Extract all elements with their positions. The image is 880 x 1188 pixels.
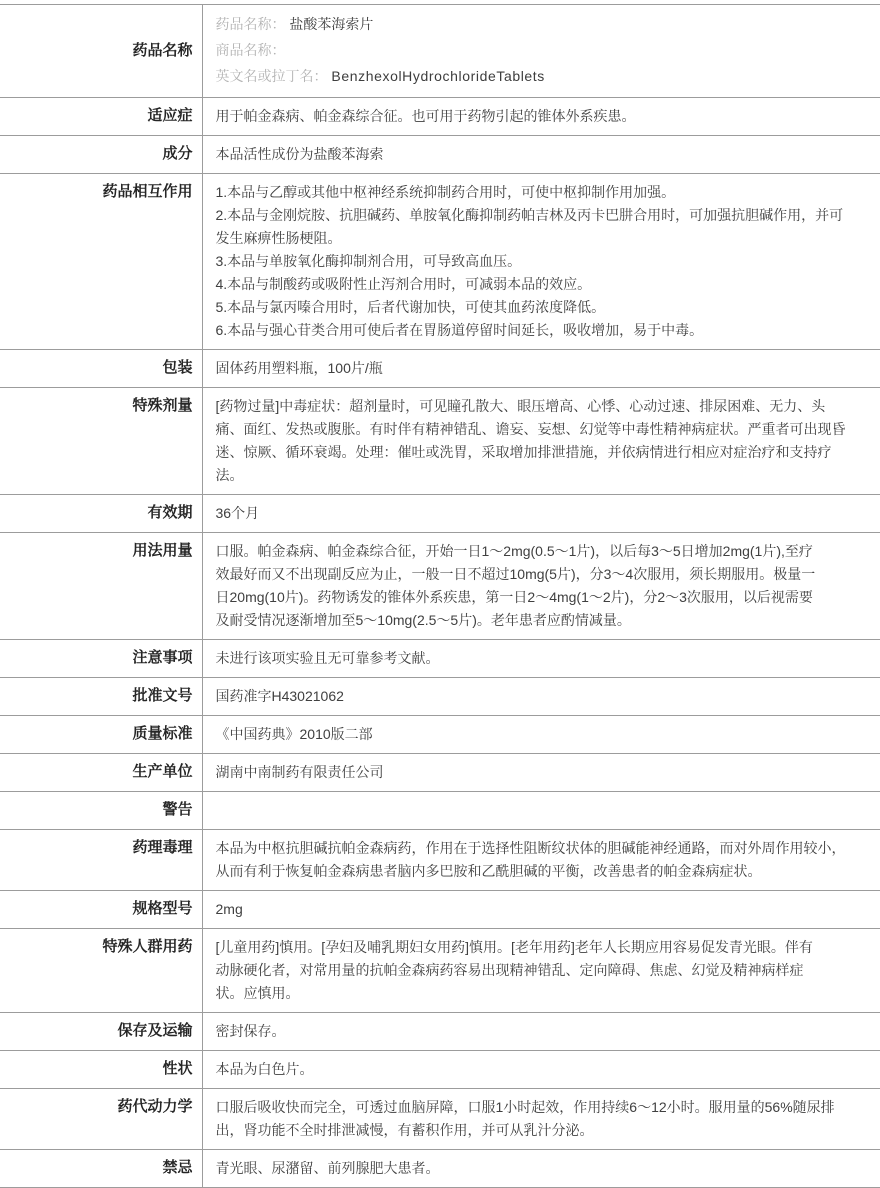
trade-name-sublabel: 商品名称： [216,42,286,58]
content-text: 口服。帕金森病、帕金森综合征，开始一日1～2mg(0.5～1片)，以后每3～5日… [216,540,826,632]
row-content: 《中国药典》2010版二部 [202,716,880,754]
row-content: [药物过量]中毒症状：超剂量时，可见瞳孔散大、眼压增高、心悸、心动过速、排尿困难… [202,388,880,495]
table-row-approval-number: 批准文号 国药准字H43021062 [0,678,880,716]
table-row-quality-standard: 质量标准 《中国药典》2010版二部 [0,716,880,754]
drug-info-table: 药品名称 药品名称： 盐酸苯海索片 商品名称： 英文名或拉丁名： Benzhex… [0,4,880,1188]
row-label-drug-name: 药品名称 [0,5,202,98]
drug-info-page: 药品名称 药品名称： 盐酸苯海索片 商品名称： 英文名或拉丁名： Benzhex… [0,0,880,1188]
row-label: 批准文号 [0,678,202,716]
row-label: 规格型号 [0,891,202,929]
row-label: 适应症 [0,98,202,136]
table-row-shelf-life: 有效期 36个月 [0,495,880,533]
row-content: 固体药用塑料瓶，100片/瓶 [202,350,880,388]
table-row-specification: 规格型号 2mg [0,891,880,929]
table-row-description: 性状 本品为白色片。 [0,1051,880,1089]
table-row-dosage: 用法用量 口服。帕金森病、帕金森综合征，开始一日1～2mg(0.5～1片)，以后… [0,533,880,640]
row-content: 口服后吸收快而完全，可透过血脑屏障，口服1小时起效，作用持续6～12小时。服用量… [202,1089,880,1150]
content-text: 未进行该项实验且无可靠参考文献。 [216,650,440,666]
row-content: 2mg [202,891,880,929]
content-text: 1.本品与乙醇或其他中枢神经系统抑制药合用时，可使中枢抑制作用加强。 2.本品与… [216,184,844,338]
row-content: 国药准字H43021062 [202,678,880,716]
content-text: 密封保存。 [216,1023,286,1039]
row-content: 本品为白色片。 [202,1051,880,1089]
content-text: 2mg [216,901,243,917]
english-name-sublabel: 英文名或拉丁名： [216,68,328,84]
row-label: 特殊人群用药 [0,929,202,1013]
content-text: 《中国药典》2010版二部 [216,726,373,742]
content-text: [儿童用药]慎用。[孕妇及哺乳期妇女用药]慎用。[老年用药]老年人长期应用容易促… [216,936,826,1005]
content-text: 国药准字H43021062 [216,688,344,704]
row-label: 成分 [0,136,202,174]
row-label: 特殊剂量 [0,388,202,495]
drug-name-value: 盐酸苯海索片 [289,16,373,32]
row-label: 药品相互作用 [0,174,202,350]
table-row-contraindications: 禁忌 青光眼、尿潴留、前列腺肥大患者。 [0,1150,880,1188]
row-content: 青光眼、尿潴留、前列腺肥大患者。 [202,1150,880,1188]
table-row-drug-name: 药品名称 药品名称： 盐酸苯海索片 商品名称： 英文名或拉丁名： Benzhex… [0,5,880,98]
row-label: 用法用量 [0,533,202,640]
row-content: 密封保存。 [202,1013,880,1051]
table-row-overdose: 特殊剂量 [药物过量]中毒症状：超剂量时，可见瞳孔散大、眼压增高、心悸、心动过速… [0,388,880,495]
content-text: 固体药用塑料瓶，100片/瓶 [216,360,383,376]
content-text: 本品活性成份为盐酸苯海索 [216,146,384,162]
table-row-pharmacokinetics: 药代动力学 口服后吸收快而完全，可透过血脑屏障，口服1小时起效，作用持续6～12… [0,1089,880,1150]
row-content: 口服。帕金森病、帕金森综合征，开始一日1～2mg(0.5～1片)，以后每3～5日… [202,533,880,640]
row-content: 本品为中枢抗胆碱抗帕金森病药，作用在于选择性阻断纹状体的胆碱能神经通路，而对外周… [202,830,880,891]
row-label: 注意事项 [0,640,202,678]
row-label: 禁忌 [0,1150,202,1188]
content-text: 湖南中南制药有限责任公司 [216,764,384,780]
row-label: 药代动力学 [0,1089,202,1150]
row-content-drug-name: 药品名称： 盐酸苯海索片 商品名称： 英文名或拉丁名： BenzhexolHyd… [202,5,880,98]
content-text: 口服后吸收快而完全，可透过血脑屏障，口服1小时起效，作用持续6～12小时。服用量… [216,1099,835,1138]
table-row-warning: 警告 [0,792,880,830]
content-text: 用于帕金森病、帕金森综合征。也可用于药物引起的锥体外系疾患。 [216,108,636,124]
content-text: [药物过量]中毒症状：超剂量时，可见瞳孔散大、眼压增高、心悸、心动过速、排尿困难… [216,398,846,483]
row-content: [儿童用药]慎用。[孕妇及哺乳期妇女用药]慎用。[老年用药]老年人长期应用容易促… [202,929,880,1013]
table-row-ingredients: 成分 本品活性成份为盐酸苯海索 [0,136,880,174]
row-content: 未进行该项实验且无可靠参考文献。 [202,640,880,678]
row-label: 保存及运输 [0,1013,202,1051]
table-row-manufacturer: 生产单位 湖南中南制药有限责任公司 [0,754,880,792]
row-label: 包装 [0,350,202,388]
content-text: 本品为中枢抗胆碱抗帕金森病药，作用在于选择性阻断纹状体的胆碱能神经通路，而对外周… [216,840,846,879]
table-row-special-populations: 特殊人群用药 [儿童用药]慎用。[孕妇及哺乳期妇女用药]慎用。[老年用药]老年人… [0,929,880,1013]
table-row-storage: 保存及运输 密封保存。 [0,1013,880,1051]
table-row-pharmacology: 药理毒理 本品为中枢抗胆碱抗帕金森病药，作用在于选择性阻断纹状体的胆碱能神经通路… [0,830,880,891]
row-label: 药理毒理 [0,830,202,891]
row-content: 1.本品与乙醇或其他中枢神经系统抑制药合用时，可使中枢抑制作用加强。 2.本品与… [202,174,880,350]
table-row-indications: 适应症 用于帕金森病、帕金森综合征。也可用于药物引起的锥体外系疾患。 [0,98,880,136]
english-name-line: 英文名或拉丁名： BenzhexolHydrochlorideTablets [216,63,853,89]
english-name-value: BenzhexolHydrochlorideTablets [331,68,545,84]
row-label: 警告 [0,792,202,830]
row-content: 36个月 [202,495,880,533]
content-text: 本品为白色片。 [216,1061,314,1077]
row-content: 湖南中南制药有限责任公司 [202,754,880,792]
drug-name-sublabel: 药品名称： [216,16,286,32]
row-label: 有效期 [0,495,202,533]
row-label: 质量标准 [0,716,202,754]
table-row-precautions: 注意事项 未进行该项实验且无可靠参考文献。 [0,640,880,678]
row-label: 生产单位 [0,754,202,792]
table-row-packaging: 包装 固体药用塑料瓶，100片/瓶 [0,350,880,388]
row-content [202,792,880,830]
content-text: 36个月 [216,505,260,521]
row-content: 用于帕金森病、帕金森综合征。也可用于药物引起的锥体外系疾患。 [202,98,880,136]
row-content: 本品活性成份为盐酸苯海索 [202,136,880,174]
content-text: 青光眼、尿潴留、前列腺肥大患者。 [216,1160,440,1176]
drug-name-line: 药品名称： 盐酸苯海索片 [216,11,853,37]
table-row-interactions: 药品相互作用 1.本品与乙醇或其他中枢神经系统抑制药合用时，可使中枢抑制作用加强… [0,174,880,350]
trade-name-line: 商品名称： [216,37,853,63]
row-label: 性状 [0,1051,202,1089]
